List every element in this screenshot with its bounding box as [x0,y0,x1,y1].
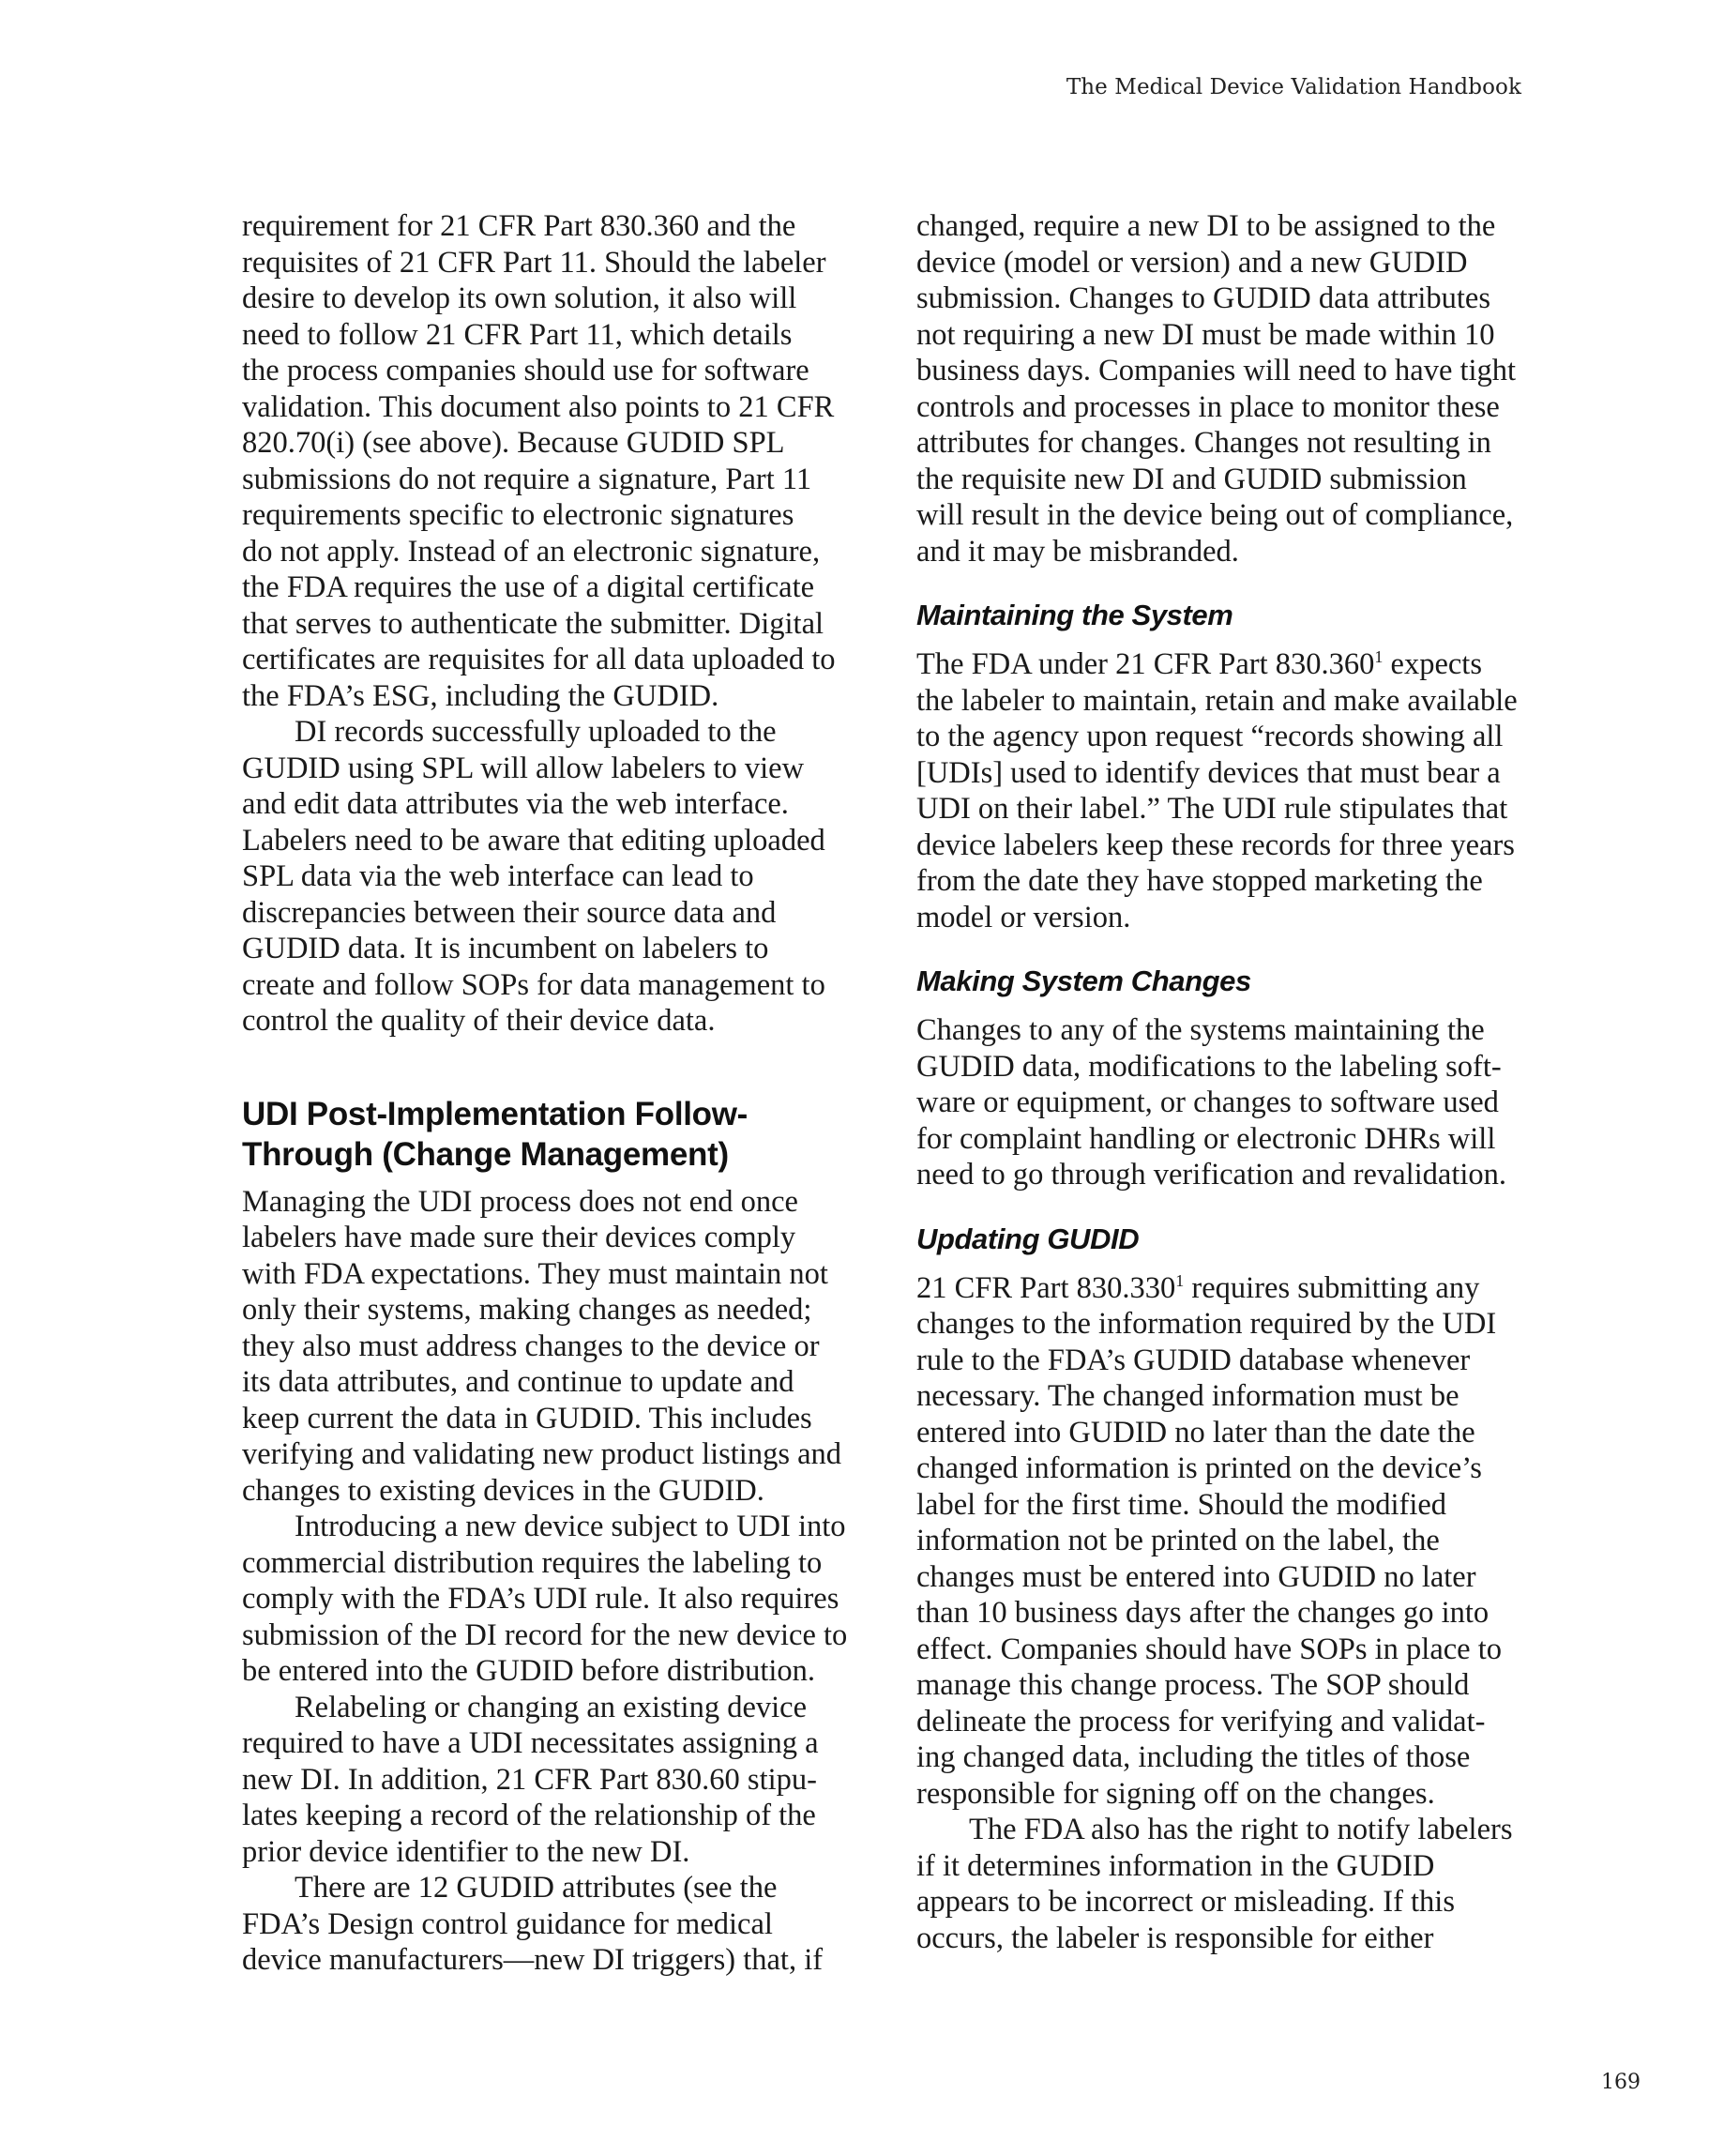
text-line: and edit data attributes via the web int… [242,786,842,823]
text-line: The FDA under 21 CFR Part 830.3601 expec… [916,646,1517,683]
text-line: changed information is printed on the de… [916,1450,1517,1487]
text-line: not requiring a new DI must be made with… [916,317,1517,354]
text-line: Labelers need to be aware that editing u… [242,823,842,859]
text-line: submissions do not require a signature, … [242,462,842,498]
text-line: comply with the FDA’s UDI rule. It also … [242,1581,842,1617]
text-line: device manufacturers—new DI triggers) th… [242,1942,842,1979]
paragraph: Managing the UDI process does not end on… [242,1184,842,1510]
text-line: keep current the data in GUDID. This inc… [242,1401,842,1437]
text-line: discrepancies between their source data … [242,895,842,932]
text-line: desire to develop its own solution, it a… [242,281,842,317]
text-line: commercial distribution requires the lab… [242,1545,842,1582]
text-line: its data attributes, and continue to upd… [242,1364,842,1401]
subsection-heading-updating: Updating GUDID [916,1222,1517,1257]
text-line: device (model or version) and a new GUDI… [916,245,1517,281]
text-line: control the quality of their device data… [242,1003,842,1040]
text-line: Relabeling or changing an existing devic… [242,1690,842,1726]
text-line: validation. This document also points to… [242,389,842,426]
text-line: only their systems, making changes as ne… [242,1292,842,1329]
paragraph: DI records successfully uploaded to the … [242,714,842,1040]
text-span: requires submitting any [1184,1271,1479,1305]
text-line: occurs, the labeler is responsible for e… [916,1921,1517,1957]
paragraph: There are 12 GUDID attributes (see the F… [242,1870,842,1979]
paragraph: 21 CFR Part 830.3301 requires submitting… [916,1270,1517,1813]
heading-line: Through (Change Management) [242,1134,842,1175]
text-line: GUDID data. It is incumbent on labelers … [242,931,842,967]
text-line: the FDA requires the use of a digital ce… [242,569,842,606]
text-line: business days. Companies will need to ha… [916,353,1517,389]
text-line: to the agency upon request “records show… [916,719,1517,755]
text-line: will result in the device being out of c… [916,497,1517,534]
text-line: changes must be entered into GUDID no la… [916,1559,1517,1596]
text-line: they also must address changes to the de… [242,1329,842,1365]
text-line: model or version. [916,900,1517,936]
text-line: certificates are requisites for all data… [242,642,842,678]
text-line: requirement for 21 CFR Part 830.360 and … [242,208,842,245]
text-line: FDA’s Design control guidance for medica… [242,1906,842,1943]
text-line: information not be printed on the label,… [916,1523,1517,1559]
text-line: required to have a UDI necessitates assi… [242,1725,842,1762]
text-line: controls and processes in place to monit… [916,389,1517,426]
paragraph: requirement for 21 CFR Part 830.360 and … [242,208,842,714]
text-line: necessary. The changed information must … [916,1378,1517,1415]
text-line: entered into GUDID no later than the dat… [916,1415,1517,1451]
text-line: changes to existing devices in the GUDID… [242,1473,842,1510]
text-line: the requisite new DI and GUDID submissio… [916,462,1517,498]
page-number: 169 [1601,2071,1641,2094]
text-line: with FDA expectations. They must maintai… [242,1256,842,1293]
text-line: verifying and validating new product lis… [242,1436,842,1473]
text-line: 21 CFR Part 830.3301 requires submitting… [916,1270,1517,1307]
text-line: do not apply. Instead of an electronic s… [242,534,842,570]
paragraph: changed, require a new DI to be assigned… [916,208,1517,569]
text-line: the process companies should use for sof… [242,353,842,389]
text-line: the labeler to maintain, retain and make… [916,683,1517,720]
text-line: device labelers keep these records for t… [916,827,1517,864]
text-line: the FDA’s ESG, including the GUDID. [242,678,842,715]
text-line: for complaint handling or electronic DHR… [916,1121,1517,1158]
text-line: responsible for signing off on the chang… [916,1776,1517,1813]
text-line: DI records successfully uploaded to the [242,714,842,751]
footnote-reference[interactable]: 1 [1175,1271,1184,1290]
text-line: prior device identifier to the new DI. [242,1834,842,1871]
text-line: UDI on their label.” The UDI rule stipul… [916,791,1517,827]
text-line: Managing the UDI process does not end on… [242,1184,842,1221]
text-line: from the date they have stopped marketin… [916,863,1517,900]
text-line: The FDA also has the right to notify lab… [916,1812,1517,1848]
text-line: be entered into the GUDID before distrib… [242,1653,842,1690]
text-line: SPL data via the web interface can lead … [242,858,842,895]
text-line: ware or equipment, or changes to softwar… [916,1085,1517,1121]
text-line: manage this change process. The SOP shou… [916,1667,1517,1704]
subsection-heading-maintaining: Maintaining the System [916,598,1517,633]
text-line: label for the first time. Should the mod… [916,1487,1517,1524]
text-line: need to go through verification and reva… [916,1157,1517,1193]
text-line: delineate the process for verifying and … [916,1704,1517,1740]
text-line: [UDIs] used to identify devices that mus… [916,755,1517,792]
text-line: rule to the FDA’s GUDID database wheneve… [916,1343,1517,1379]
left-column: requirement for 21 CFR Part 830.360 and … [242,208,842,1979]
paragraph: The FDA under 21 CFR Part 830.3601 expec… [916,646,1517,935]
text-line: that serves to authenticate the submitte… [242,606,842,643]
text-line: than 10 business days after the changes … [916,1595,1517,1632]
paragraph: Introducing a new device subject to UDI … [242,1509,842,1690]
text-line: lates keeping a record of the relationsh… [242,1798,842,1834]
text-line: labelers have made sure their devices co… [242,1220,842,1256]
text-line: effect. Companies should have SOPs in pl… [916,1632,1517,1668]
text-span: 21 CFR Part 830.330 [916,1271,1175,1305]
text-line: submission. Changes to GUDID data attrib… [916,281,1517,317]
section-heading: UDI Post-Implementation Follow- Through … [242,1094,842,1175]
paragraph: Relabeling or changing an existing devic… [242,1690,842,1871]
text-line: requisites of 21 CFR Part 11. Should the… [242,245,842,281]
text-line: and it may be misbranded. [916,534,1517,570]
text-line: appears to be incorrect or misleading. I… [916,1884,1517,1921]
document-page: The Medical Device Validation Handbook r… [0,0,1724,2156]
running-header: The Medical Device Validation Handbook [1066,75,1521,99]
text-line: 820.70(i) (see above). Because GUDID SPL [242,425,842,462]
text-line: need to follow 21 CFR Part 11, which det… [242,317,842,354]
right-column: changed, require a new DI to be assigned… [916,208,1517,1956]
text-line: GUDID using SPL will allow labelers to v… [242,751,842,787]
text-line: submission of the DI record for the new … [242,1617,842,1654]
text-line: create and follow SOPs for data manageme… [242,967,842,1004]
text-line: GUDID data, modifications to the labelin… [916,1049,1517,1086]
text-line: new DI. In addition, 21 CFR Part 830.60 … [242,1762,842,1799]
text-line: attributes for changes. Changes not resu… [916,425,1517,462]
text-line: if it determines information in the GUDI… [916,1848,1517,1885]
paragraph: The FDA also has the right to notify lab… [916,1812,1517,1956]
subsection-heading-making-changes: Making System Changes [916,964,1517,999]
text-line: Changes to any of the systems maintainin… [916,1012,1517,1049]
text-span: expects [1383,647,1482,681]
text-line: requirements specific to electronic sign… [242,497,842,534]
paragraph: Changes to any of the systems maintainin… [916,1012,1517,1193]
text-line: Introducing a new device subject to UDI … [242,1509,842,1545]
text-line: changes to the information required by t… [916,1306,1517,1343]
heading-line: UDI Post-Implementation Follow- [242,1094,842,1134]
text-line: There are 12 GUDID attributes (see the [242,1870,842,1906]
text-line: ing changed data, including the titles o… [916,1739,1517,1776]
text-span: The FDA under 21 CFR Part 830.360 [916,647,1374,681]
text-line: changed, require a new DI to be assigned… [916,208,1517,245]
